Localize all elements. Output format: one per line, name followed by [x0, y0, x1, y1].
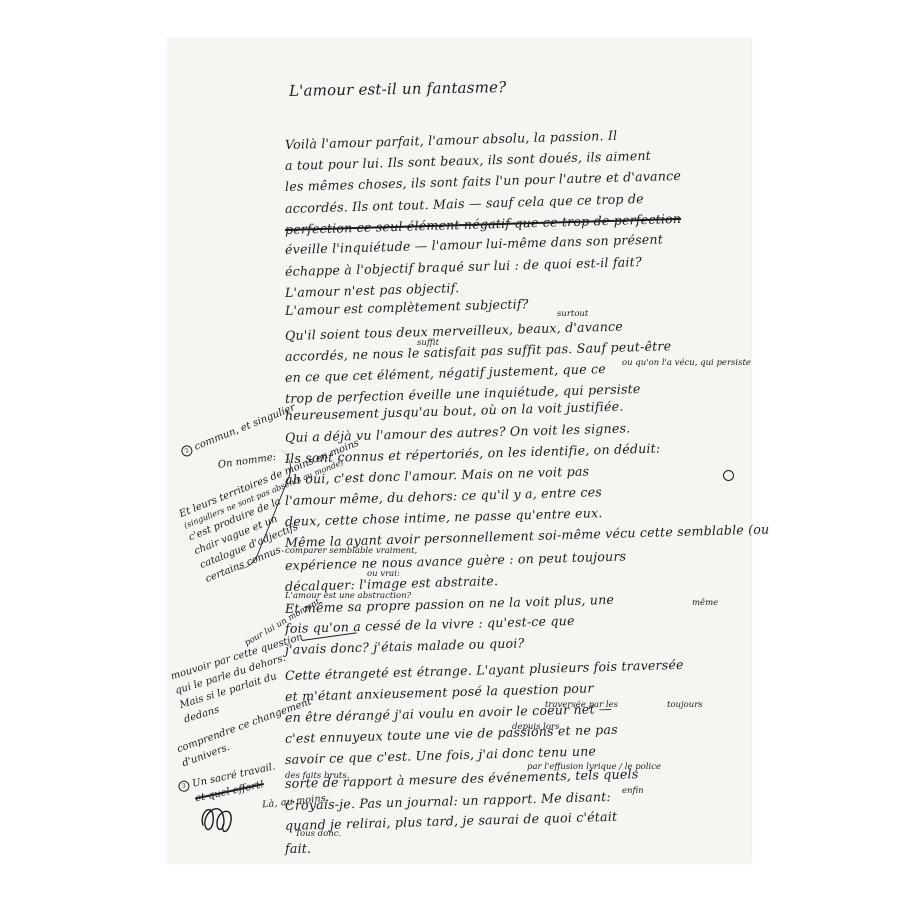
manuscript-title: L'amour est-il un fantasme?	[289, 78, 507, 100]
interlinear-insertion: surtout	[557, 309, 588, 319]
body-line: échappe à l'objectif braqué sur lui : de…	[285, 254, 642, 279]
body-line: sorte de rapport à mesure des événements…	[285, 766, 639, 791]
interlinear-insertion: depuis lors	[512, 722, 559, 732]
body-line: L'amour n'est pas objectif.	[285, 280, 460, 300]
interlinear-insertion: ou qu'on l'a vécu, qui persiste	[622, 358, 751, 368]
body-line: L'amour est complètement subjectif?	[285, 296, 529, 318]
body-line: c'est ennuyeux toute une vie de passions…	[285, 722, 618, 746]
interlinear-insertion: traversée par les	[545, 700, 618, 710]
scribble-mark-icon	[197, 795, 237, 837]
interlinear-insertion: même	[692, 598, 718, 608]
body-line: Qui a déjà vu l'amour des autres? On voi…	[285, 420, 631, 445]
manuscript-page: L'amour est-il un fantasme? Voilà l'amou…	[167, 38, 751, 863]
body-line: fait.	[285, 841, 311, 856]
interlinear-insertion: Tous donc.	[295, 829, 341, 839]
body-line: les mêmes choses, ils sont faits l'un po…	[285, 168, 681, 194]
note-marker-2-ref-icon	[723, 470, 734, 481]
note-marker-3: 3	[177, 780, 190, 793]
body-line: j'avais donc? j'étais malade ou quoi?	[285, 635, 525, 657]
body-line: Voilà l'amour parfait, l'amour absolu, l…	[285, 128, 618, 152]
body-line: accordés. Ils ont tout. Mais — sauf cela…	[285, 191, 644, 216]
body-line: Qu'il soient tous deux merveilleux, beau…	[285, 319, 623, 343]
note-marker-2: 2	[180, 444, 194, 458]
body-line: en ce que cet élément, négatif justement…	[285, 361, 606, 385]
body-line: a tout pour lui. Ils sont beaux, ils son…	[285, 148, 651, 173]
body-line: accordés, ne nous le satisfait pas suffi…	[285, 338, 672, 364]
body-line: Cette étrangeté est étrange. L'ayant plu…	[285, 657, 684, 683]
interlinear-insertion: toujours	[667, 700, 703, 710]
interlinear-insertion: enfin	[622, 786, 644, 796]
body-line: fois qu'on a cessé de la vivre : qu'est-…	[285, 613, 575, 636]
